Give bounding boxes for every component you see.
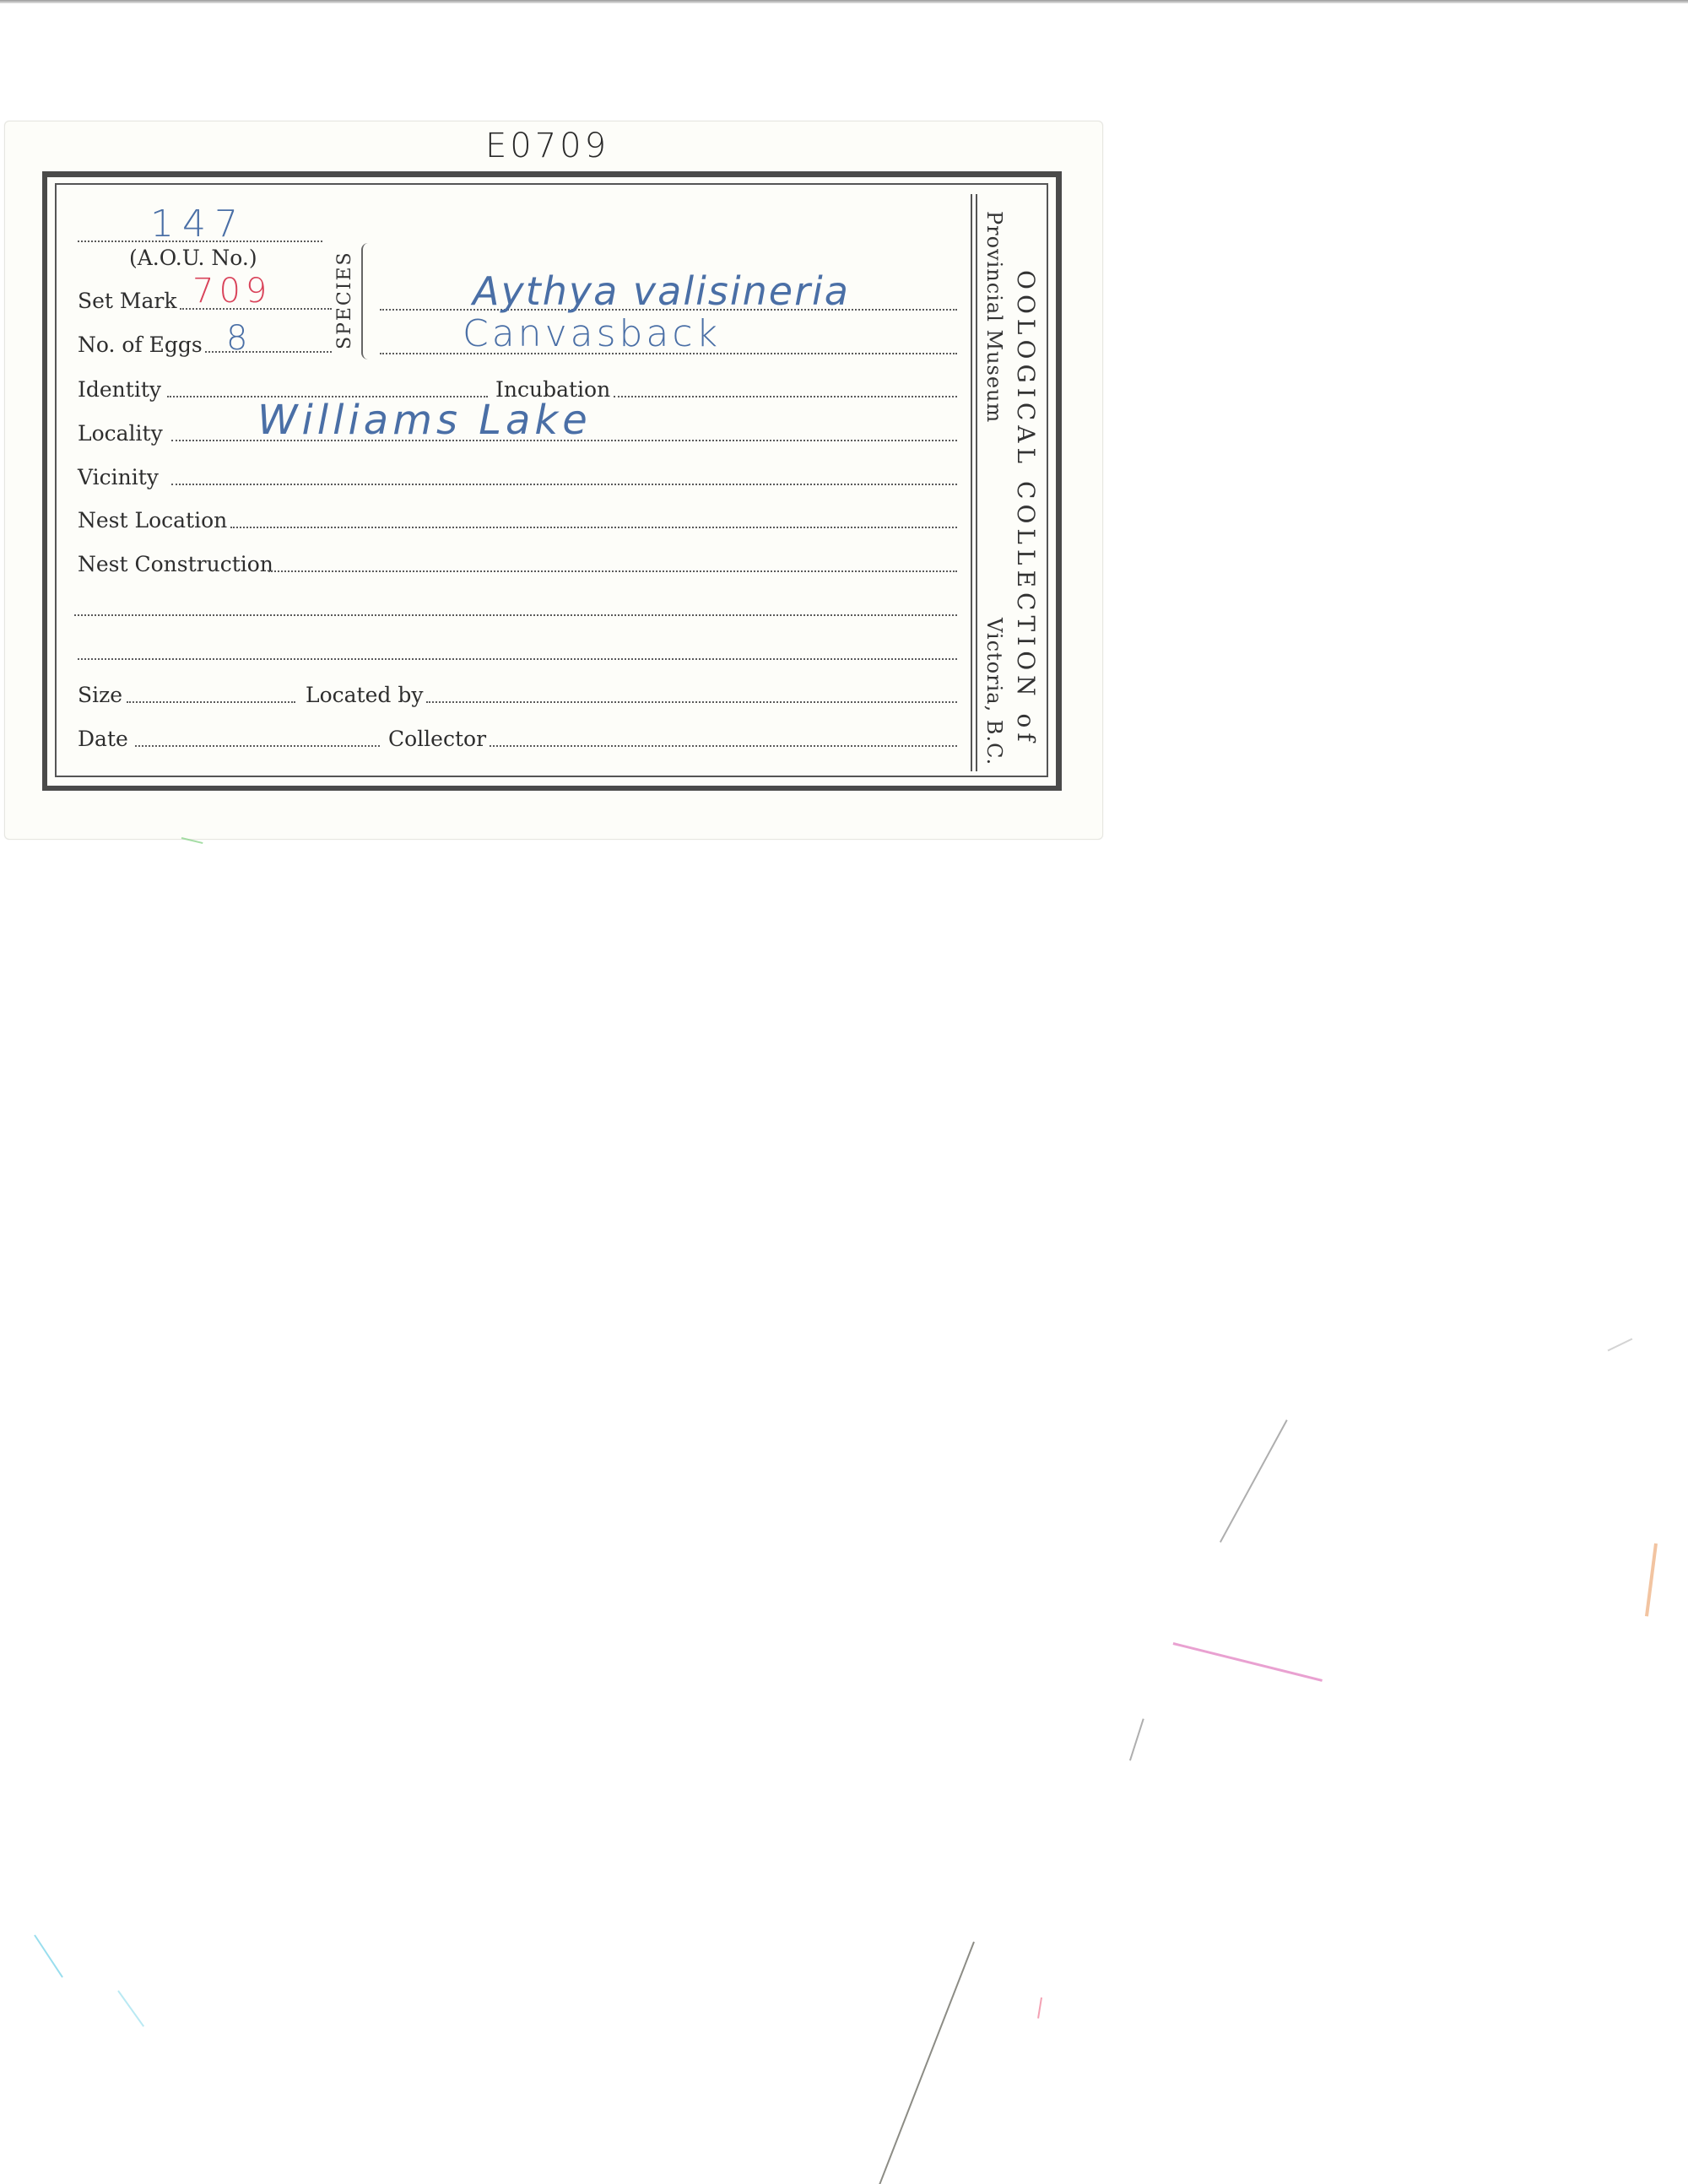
card-title: OOLOGICAL COLLECTION of — [1012, 270, 1040, 747]
eggs-count-value[interactable]: 8 — [226, 319, 247, 358]
scan-streak — [1173, 1642, 1323, 1681]
catalog-number: E0709 — [485, 127, 609, 165]
scan-streak — [1037, 1997, 1042, 2019]
eggs-count-field[interactable] — [205, 351, 332, 353]
set-mark-label: Set Mark — [78, 290, 177, 311]
scan-streak — [1220, 1419, 1287, 1543]
identity-label: Identity — [78, 379, 161, 400]
date-label: Date — [78, 728, 128, 749]
nest-location-field[interactable] — [230, 527, 957, 528]
institution-name: Provincial Museum — [982, 211, 1006, 423]
collector-field[interactable] — [490, 745, 957, 747]
incubation-field[interactable] — [614, 396, 957, 397]
nest-construction-field[interactable] — [268, 570, 957, 572]
institution-location: Victoria, B.C. — [982, 618, 1006, 765]
side-divider-line — [971, 194, 972, 771]
scan-streak — [1129, 1719, 1144, 1761]
locality-value[interactable]: Williams Lake — [257, 397, 592, 444]
notes-line-2[interactable] — [78, 658, 957, 660]
notes-line-1[interactable] — [74, 614, 957, 616]
side-divider-line — [976, 194, 977, 771]
collector-label: Collector — [388, 728, 486, 749]
scan-streak — [117, 1990, 144, 2026]
species-common-value[interactable]: Canvasback — [463, 312, 721, 355]
nest-location-label: Nest Location — [78, 510, 227, 531]
size-label: Size — [78, 684, 122, 705]
species-brace — [361, 243, 370, 359]
date-field[interactable] — [135, 745, 380, 747]
species-scientific-value[interactable]: Aythya valisineria — [473, 268, 850, 314]
vicinity-label: Vicinity — [78, 467, 159, 488]
nest-construction-label: Nest Construction — [78, 554, 273, 575]
located-by-field[interactable] — [426, 701, 957, 703]
scan-streak — [34, 1934, 63, 1977]
scan-streak — [1645, 1543, 1658, 1616]
scan-edge — [0, 0, 1688, 3]
locality-label: Locality — [78, 423, 163, 444]
aou-number-value[interactable]: 147 — [150, 203, 246, 246]
size-field[interactable] — [127, 701, 295, 703]
scan-streak — [879, 1942, 975, 2184]
species-label: SPECIES — [334, 251, 355, 349]
aou-number-label: (A.O.U. No.) — [129, 247, 257, 268]
set-mark-value[interactable]: 709 — [192, 272, 272, 311]
scan-streak — [1608, 1338, 1633, 1351]
located-by-label: Located by — [306, 684, 423, 705]
aou-number-field[interactable] — [78, 241, 322, 242]
vicinity-field[interactable] — [171, 484, 957, 485]
eggs-count-label: No. of Eggs — [78, 334, 203, 355]
